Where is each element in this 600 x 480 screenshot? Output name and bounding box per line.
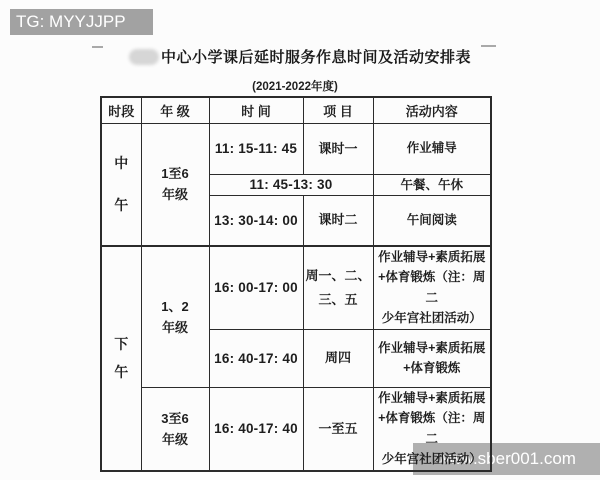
- table-row: 3至6 年级 16: 40-17: 40 一至五 作业辅导+素质拓展 +体育锻炼…: [101, 387, 491, 471]
- activity-cell: 午餐、午休: [373, 174, 491, 196]
- item-cell: 课时二: [303, 196, 373, 246]
- item-cell: 周四: [303, 329, 373, 387]
- activity-cell: 作业辅导+素质拓展 +体育锻炼: [373, 329, 491, 387]
- period-cell-noon: 中 午: [101, 123, 141, 246]
- schedule-table-wrap: 时段 年 级 时 间 项 目 活动内容 中 午 1至6 年级 11: 15-11…: [100, 96, 492, 472]
- time-cell: 11: 15-11: 45: [209, 123, 303, 174]
- time-cell: 16: 40-17: 40: [209, 329, 303, 387]
- grade-cell-1-2: 1、2 年级: [141, 246, 209, 388]
- header-activity: 活动内容: [373, 97, 491, 123]
- time-cell: 13: 30-14: 00: [209, 196, 303, 246]
- period-cell-afternoon: 下 午: [101, 246, 141, 471]
- item-cell: 一至五: [303, 387, 373, 471]
- table-row: 下 午 1、2 年级 16: 00-17: 00 周一、二、 三、五 作业辅导+…: [101, 246, 491, 330]
- item-cell: 周一、二、 三、五: [303, 246, 373, 330]
- activity-cell: 作业辅导+素质拓展 +体育锻炼（注：周二 少年宫社团活动）: [373, 387, 491, 471]
- telegram-watermark-badge: TG: MYYJJPP: [10, 9, 153, 35]
- time-cell-lunch: 11: 45-13: 30: [209, 174, 373, 196]
- document-subtitle: (2021-2022年度): [0, 78, 590, 94]
- header-grade: 年 级: [141, 97, 209, 123]
- header-row: 时段 年 级 时 间 项 目 活动内容: [101, 97, 491, 123]
- grade-cell-1to6: 1至6 年级: [141, 123, 209, 246]
- header-item: 项 目: [303, 97, 373, 123]
- redacted-school-name: [129, 49, 159, 65]
- time-cell: 16: 00-17: 00: [209, 246, 303, 330]
- header-period: 时段: [101, 97, 141, 123]
- activity-cell: 作业辅导: [373, 123, 491, 174]
- schedule-table: 时段 年 级 时 间 项 目 活动内容 中 午 1至6 年级 11: 15-11…: [100, 96, 492, 472]
- item-cell: 课时一: [303, 123, 373, 174]
- document-title: 中心小学课后延时服务作息时间及活动安排表: [161, 46, 471, 67]
- time-cell: 16: 40-17: 40: [209, 387, 303, 471]
- header-time: 时 间: [209, 97, 303, 123]
- activity-cell: 作业辅导+素质拓展 +体育锻炼（注：周二 少年宫社团活动）: [373, 246, 491, 330]
- activity-cell: 午间阅读: [373, 196, 491, 246]
- table-row: 中 午 1至6 年级 11: 15-11: 45 课时一 作业辅导: [101, 123, 491, 174]
- title-row: 中心小学课后延时服务作息时间及活动安排表: [0, 46, 600, 67]
- grade-cell-3to6: 3至6 年级: [141, 387, 209, 471]
